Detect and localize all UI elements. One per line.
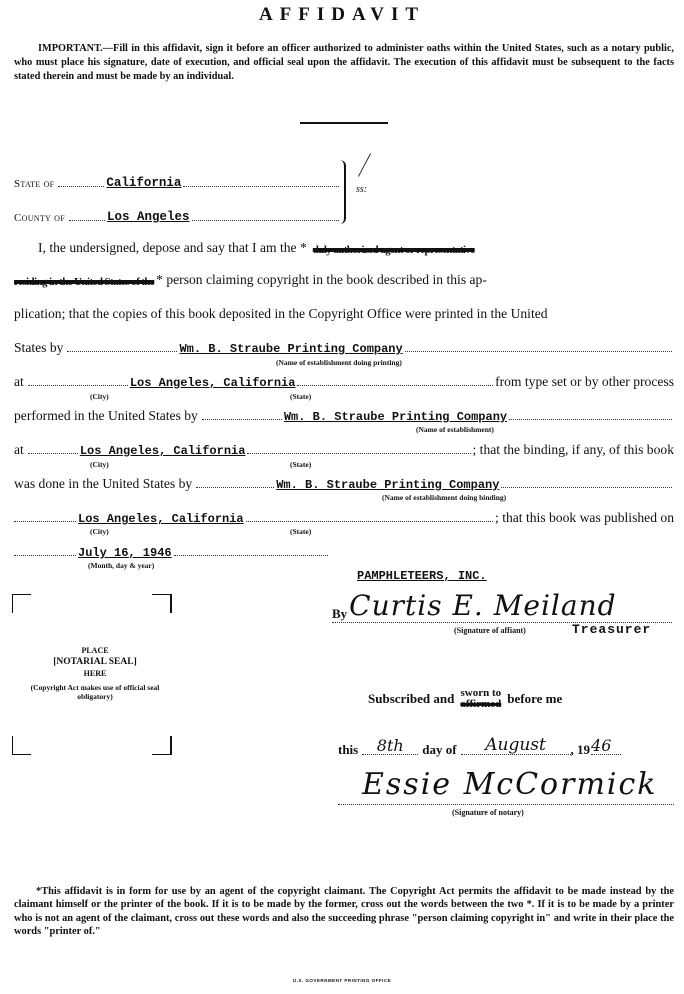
struck-text-2: residing in the United States of the — [14, 276, 154, 288]
important-notice-text: IMPORTANT.—Fill in this affidavit, sign … — [14, 43, 674, 82]
notarial-seal-area: PLACE [NOTARIAL SEAL] HERE (Copyright Ac… — [20, 645, 170, 701]
dotted-leader — [501, 486, 672, 488]
typeset-name-value[interactable]: Wm. B. Straube Printing Company — [284, 410, 507, 424]
subscribed-text: Subscribed and — [368, 691, 454, 707]
states-by-label: States by — [14, 340, 63, 356]
seal-corner-tl — [12, 594, 31, 613]
seal-corner-bl — [12, 736, 31, 755]
printer-imprint: U.S. GOVERNMENT PRINTING OFFICE — [0, 978, 684, 983]
typeset-row: performed in the United States by Wm. B.… — [14, 404, 674, 424]
year-prefix: , 19 — [571, 742, 591, 758]
printer-name-value[interactable]: Wm. B. Straube Printing Company — [179, 342, 402, 356]
before-me-text: before me — [507, 691, 562, 707]
sworn-affirmed-choice: sworn to affirmed — [460, 688, 501, 710]
day-value[interactable]: 8th — [362, 738, 418, 755]
declaration-line-3: plication; that the copies of this book … — [14, 302, 674, 322]
typeset-location-value[interactable]: Los Angeles, California — [80, 444, 246, 458]
dotted-leader — [69, 220, 105, 221]
state-caption: (State) — [290, 460, 311, 469]
notary-signature[interactable]: Essie McCormick — [362, 766, 657, 804]
binder-row: was done in the United States by Wm. B. … — [14, 472, 674, 492]
dotted-leader — [202, 419, 282, 420]
city-caption: (City) — [90, 460, 109, 469]
state-field-row: State of California — [14, 170, 339, 190]
city-caption: (City) — [90, 527, 109, 536]
binding-text: ; that the binding, if any, of this book — [473, 442, 675, 458]
affiant-title: Treasurer — [572, 622, 651, 637]
dotted-leader — [174, 554, 328, 556]
month-value[interactable]: August — [461, 737, 571, 755]
publication-date-row: July 16, 1946 — [14, 540, 330, 560]
declaration-line-2-text: * person claiming copyright in the book … — [156, 272, 487, 288]
day-of-label: day of — [422, 742, 456, 758]
binding-location-value[interactable]: Los Angeles, California — [78, 512, 244, 526]
binding-location-row: Los Angeles, California ; that this book… — [14, 506, 674, 526]
printing-location-row: at Los Angeles, California from type set… — [14, 370, 674, 390]
seal-corner-tr — [152, 594, 172, 613]
dotted-leader — [247, 452, 470, 454]
performed-by-label: performed in the United States by — [14, 408, 198, 424]
county-value[interactable]: Los Angeles — [107, 210, 190, 224]
dotted-leader — [67, 351, 177, 352]
date-caption: (Month, day & year) — [88, 561, 154, 570]
binder-caption: (Name of establishment doing binding) — [382, 493, 506, 502]
dotted-leader — [297, 384, 493, 386]
struck-text-1: duly authorized agent or representative — [313, 244, 475, 256]
binder-name-value[interactable]: Wm. B. Straube Printing Company — [276, 478, 499, 492]
affirmed-text: affirmed — [460, 699, 501, 710]
page-title: AFFIDAVIT — [0, 4, 684, 26]
declaration-line-1-text: I, the undersigned, depose and say that … — [14, 240, 307, 256]
at-label: at — [14, 374, 24, 390]
state-caption: (State) — [290, 527, 311, 536]
affiant-company: PAMPHLETEERS, INC. — [357, 569, 487, 583]
state-label: State of — [14, 178, 54, 190]
county-field-row: County of Los Angeles — [14, 204, 339, 224]
jurat-heading: Subscribed and sworn to affirmed before … — [368, 688, 562, 710]
state-value[interactable]: California — [106, 176, 181, 190]
published-on-text: ; that this book was published on — [495, 510, 674, 526]
divider-rule — [300, 122, 388, 124]
at-label: at — [14, 442, 24, 458]
by-label: By — [332, 606, 347, 622]
declaration-line-3-text: plication; that the copies of this book … — [14, 306, 548, 322]
dotted-leader — [14, 555, 76, 556]
printer-row: States by Wm. B. Straube Printing Compan… — [14, 336, 674, 356]
affiant-signature-caption: (Signature of affiant) — [454, 626, 526, 635]
declaration-line-1: I, the undersigned, depose and say that … — [14, 236, 674, 256]
affiant-signature[interactable]: Curtis E. Meiland — [349, 590, 616, 622]
dotted-leader — [28, 385, 128, 386]
footnote: *This affidavit is in form for use by an… — [14, 885, 674, 939]
seal-place-text: PLACE — [20, 645, 170, 656]
dotted-leader — [246, 520, 493, 522]
type-set-text: from type set or by other process — [495, 374, 674, 390]
declaration-line-2: residing in the United States of the * p… — [14, 268, 674, 288]
venue-brace — [338, 160, 346, 224]
dotted-leader — [196, 487, 274, 488]
footnote-text: *This affidavit is in form for use by an… — [14, 886, 674, 937]
printing-location-value[interactable]: Los Angeles, California — [130, 376, 296, 390]
state-caption: (State) — [290, 392, 311, 401]
pen-mark — [358, 153, 371, 176]
ss-label: ss: — [356, 184, 367, 195]
year-value[interactable]: 46 — [591, 738, 621, 755]
county-label: County of — [14, 212, 65, 224]
dotted-leader — [14, 521, 76, 522]
dotted-leader — [509, 418, 672, 420]
important-notice: IMPORTANT.—Fill in this affidavit, sign … — [14, 42, 674, 84]
dotted-leader — [183, 186, 339, 187]
seal-note: (Copyright Act makes use of official sea… — [30, 683, 160, 701]
this-label: this — [338, 742, 358, 758]
city-caption: (City) — [90, 392, 109, 401]
publication-date-value[interactable]: July 16, 1946 — [78, 546, 172, 560]
dotted-leader — [28, 453, 78, 454]
seal-here-text: HERE — [20, 668, 170, 679]
jurat-date-row: this 8th day of August , 19 46 — [338, 736, 674, 758]
seal-corner-br — [152, 736, 172, 755]
seal-notarial-text: [NOTARIAL SEAL] — [20, 656, 170, 668]
typeset-location-row: at Los Angeles, California ; that the bi… — [14, 438, 674, 458]
binding-by-label: was done in the United States by — [14, 476, 192, 492]
printer-caption: (Name of establishment doing printing) — [276, 358, 402, 367]
typeset-caption: (Name of establishment) — [416, 425, 494, 434]
dotted-leader — [58, 186, 104, 187]
dotted-leader — [405, 350, 672, 352]
notary-signature-caption: (Signature of notary) — [452, 808, 524, 817]
dotted-leader — [192, 220, 339, 221]
affiant-signature-line: By Curtis E. Meiland — [332, 590, 672, 623]
notary-signature-line: Essie McCormick — [338, 764, 674, 805]
